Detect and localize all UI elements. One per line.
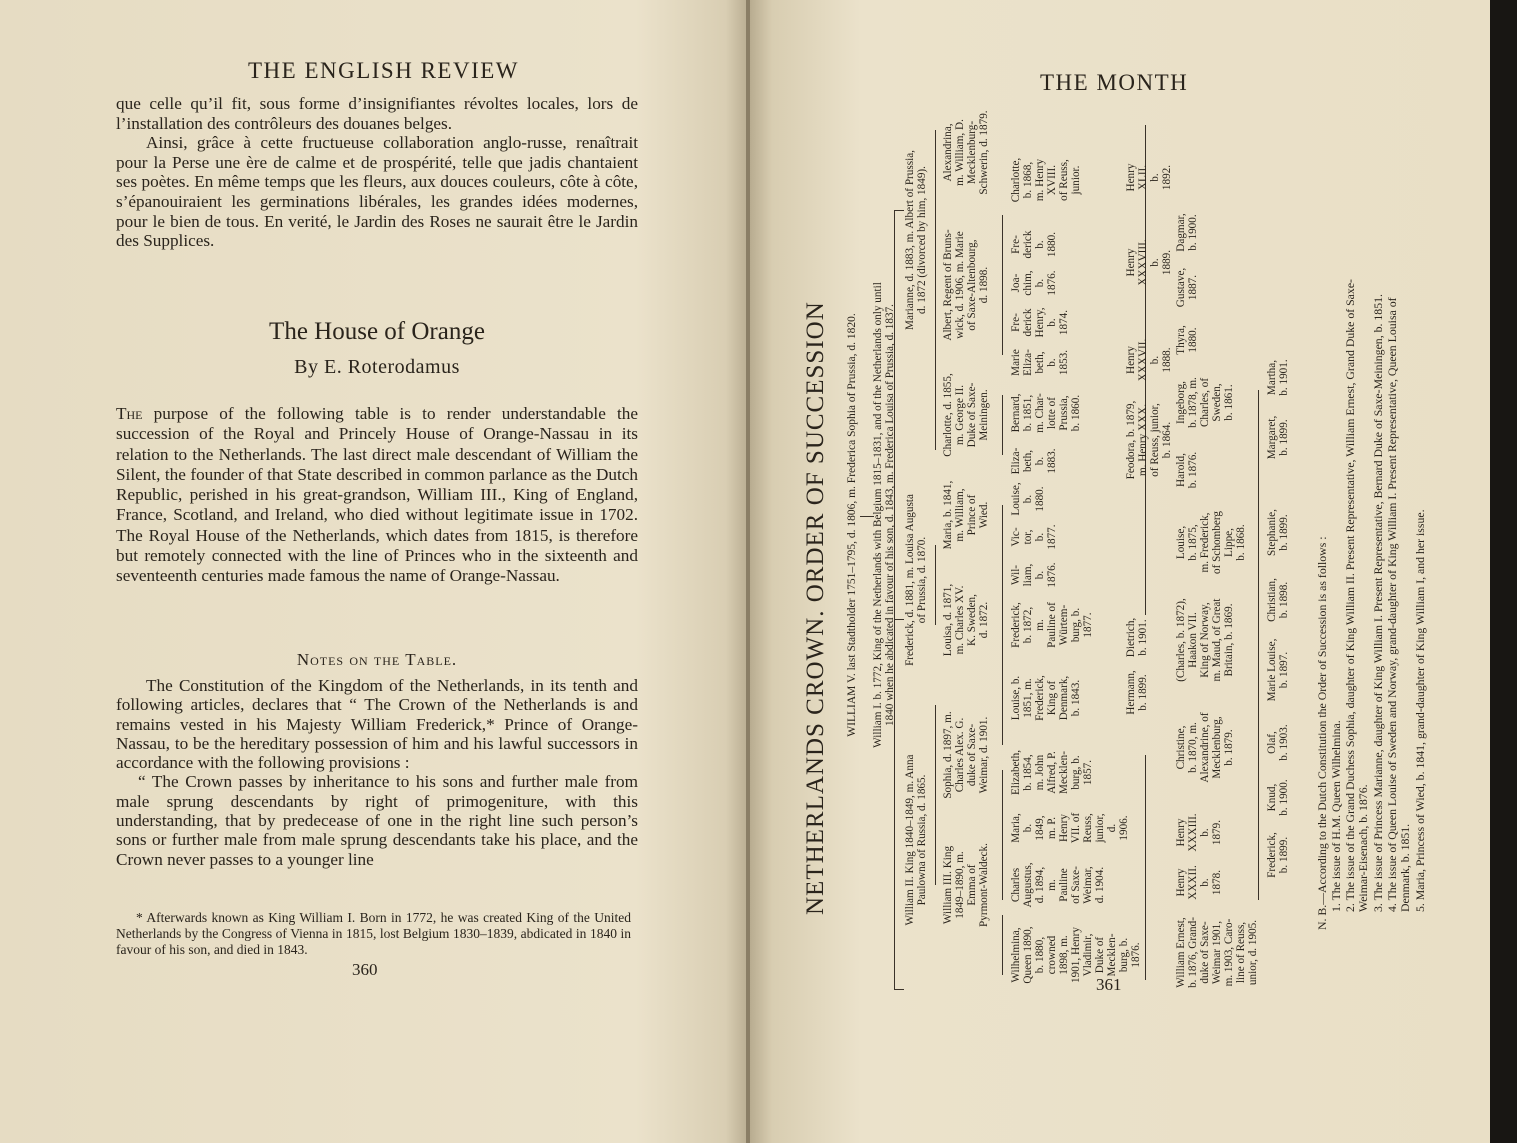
running-head: THE ENGLISH REVIEW: [248, 58, 519, 84]
gen5-harold: Harold, b. 1876.: [1175, 440, 1199, 500]
gen3-maria: Maria, b. 1841, m. William, Prince of Wi…: [942, 465, 990, 565]
gen4-elizabeth: Elizabeth, b. 1854, m. John Alfred, P. M…: [1010, 740, 1094, 805]
gen5-christine: Christine, b. 1870, m. Alexandrine, of M…: [1175, 700, 1235, 795]
gen5-louise: Louise, b. 1875, m. Frederick, of Schomb…: [1175, 500, 1247, 585]
paragraph: The Constitution of the Kingdom of the N…: [116, 676, 638, 772]
article-title: The House of Orange: [116, 318, 638, 346]
gen4-elizabeth-2: Eliza- beth, b. 1883.: [1010, 441, 1058, 481]
gen5-henry-xxxviii: Henry XXXVIII. b. 1889.: [1125, 230, 1173, 295]
nb-item: 5. Maria, Princess of Wied, b. 1841, gra…: [1414, 509, 1427, 912]
gen4-william: Wil- liam, b. 1876.: [1010, 555, 1058, 595]
gen5-dietrich: Dietrich, b. 1901.: [1125, 610, 1149, 665]
william-i: William I. b. 1772, King of the Netherla…: [872, 175, 896, 855]
paragraph: que celle qu’il fit, sous forme d’insign…: [116, 94, 638, 133]
running-head: THE MONTH: [1040, 70, 1188, 96]
gen5-feodora: Feodora, b. 1879, m. Henry XXX. of Reuss…: [1125, 390, 1173, 490]
nb-item: 4. The issue of Queen Louise of Sweden a…: [1386, 297, 1412, 912]
gen4-frederick-henry: Fre- derick Henry, b. 1874.: [1010, 300, 1070, 345]
left-page: THE ENGLISH REVIEW que celle qu’il fit, …: [0, 0, 748, 1143]
page-edge: [1490, 0, 1517, 1143]
nb-heading: N. B.—According to the Dutch Constitutio…: [1316, 536, 1329, 930]
gen4-bernard: Bernard, b. 1851, m. Char- lotte of Prus…: [1010, 383, 1082, 443]
gen3-alexandrina: Alexandrina, m. William, D. Mecklenburg-…: [942, 95, 990, 210]
gen5-haakon: (Charles, b. 1872), Haakon VII. King of …: [1175, 585, 1235, 695]
notes-text: The Constitution of the Kingdom of the N…: [116, 676, 638, 869]
gen2-frederick: Frederick, d. 1881, m. Louisa Augusta of…: [904, 465, 928, 695]
intro-lead: The: [116, 404, 143, 423]
byline: By E. Roterodamus: [116, 356, 638, 379]
gen5-thyra: Thyra, 1880.: [1175, 315, 1199, 365]
gen3-sophia: Sophia, d. 1897, m. Charles Alex. G. duk…: [942, 695, 990, 815]
gen5-henry-xxxii: Henry XXXII. b. 1878.: [1175, 855, 1223, 910]
gen6-christian: Christian, b. 1898.: [1266, 570, 1290, 630]
footnote: * Afterwards known as King William I. Bo…: [116, 910, 631, 958]
gen3-charlotte: Charlotte, d. 1855, m. George II. Duke o…: [942, 360, 990, 470]
gen4-louise: Louise, b. 1851, m. Frederick, King of D…: [1010, 663, 1082, 733]
gen2-marianne: Marianne, d. 1883, m. Albert of Prussia,…: [904, 125, 928, 355]
gen3-albert: Albert, Regent of Bruns- wick, d. 1906, …: [942, 215, 990, 355]
gen4-marie-elizabeth: Marie Eliza- beth, b. 1853.: [1010, 340, 1070, 385]
gen5-william-ernest: William Ernest, b. 1876, Grand- duke of …: [1175, 910, 1259, 995]
gen6-martha: Martha, b. 1901.: [1266, 350, 1290, 405]
gen6-stephanie: Stephanie, b. 1899.: [1266, 500, 1290, 565]
paragraph: “ The Crown passes by inheritance to his…: [116, 772, 638, 868]
table-title: NETHERLANDS CROWN. ORDER OF SUCCESSION: [802, 301, 830, 915]
gen5-ingeborg: Ingeborg, b. 1878, m. Charles, of Sweden…: [1175, 365, 1235, 440]
gen5-henry-xxxiii: Henry XXXIII. b. 1879.: [1175, 805, 1223, 860]
gen6-margaret: Margaret, b. 1899.: [1266, 405, 1290, 470]
gen4-victor: Vic- tor, b. 1877.: [1010, 517, 1058, 557]
paragraph: Ainsi, grâce à cette fructueuse collabor…: [116, 133, 638, 251]
gen4-charles-augustus: Charles Augustus, d. 1894, m. Pauline of…: [1010, 855, 1106, 915]
gen6-marie-louise: Marie Louise, b. 1897.: [1266, 630, 1290, 710]
gen4-joachim: Joa- chim, b. 1876.: [1010, 263, 1058, 303]
gen6-knud: Knud, b. 1900.: [1266, 770, 1290, 825]
gen6-olaf: Olaf, b. 1903.: [1266, 715, 1290, 770]
gen5-gustave: Gustave, 1887.: [1175, 260, 1199, 315]
gen3-william-iii: William III. King 1849–1890, m. Emma of …: [942, 830, 990, 940]
gen4-frederick-2: Fre- derick b. 1880.: [1010, 222, 1058, 267]
nb-notes: N. B.—According to the Dutch Constitutio…: [1310, 100, 1440, 930]
gen5-dagmar: Dagmar, b. 1900.: [1175, 205, 1199, 260]
intro-paragraph: The purpose of the following table is to…: [116, 404, 638, 587]
page-number: 360: [352, 960, 378, 980]
gen4-maria: Maria, b. 1849, m. P. Henry VII. of Reus…: [1010, 803, 1130, 853]
root-ancestor: WILLIAM V. last Stadtholder 1751–1795, d…: [846, 235, 858, 815]
gen6-frederick: Frederick, b. 1899.: [1266, 825, 1290, 885]
section-heading: Notes on the Table.: [116, 650, 638, 670]
gen4-wilhelmina: Wilhelmina, Queen 1890, b. 1880, crowned…: [1010, 915, 1142, 995]
intro-text: purpose of the following table is to ren…: [116, 404, 638, 585]
gen4-louise-2: Louise, b. 1880.: [1010, 479, 1046, 519]
gen5-henry-xlii: Henry XLII. b. 1892.: [1125, 150, 1173, 205]
gen3-louisa: Louisa, d. 1871, m. Charles XV. K. Swede…: [942, 565, 990, 675]
gen5-henry-xxxvii: Henry XXXVII. b. 1888.: [1125, 330, 1173, 390]
gen5-hermann: Hermann, b. 1899.: [1125, 665, 1149, 720]
gen4-charlotte: Charlotte, b. 1868, m. Henry XVIII. of R…: [1010, 145, 1082, 215]
gen4-frederick: Frederick, b. 1872, m. Pauline of Würtem…: [1010, 590, 1094, 660]
nb-item: 2. The issue of the Grand Duchess Sophia…: [1344, 279, 1370, 912]
continuation-text: que celle qu’il fit, sous forme d’insign…: [116, 94, 638, 251]
gen2-william-ii: William II. King 1840–1849, m. Anna Paul…: [904, 725, 928, 955]
nb-item: 1. The issue of H.M. Queen Wilhelmina.: [1330, 720, 1343, 912]
nb-item: 3. The issue of Princess Marianne, daugh…: [1372, 294, 1385, 912]
succession-table: NETHERLANDS CROWN. ORDER OF SUCCESSION W…: [800, 95, 1280, 995]
